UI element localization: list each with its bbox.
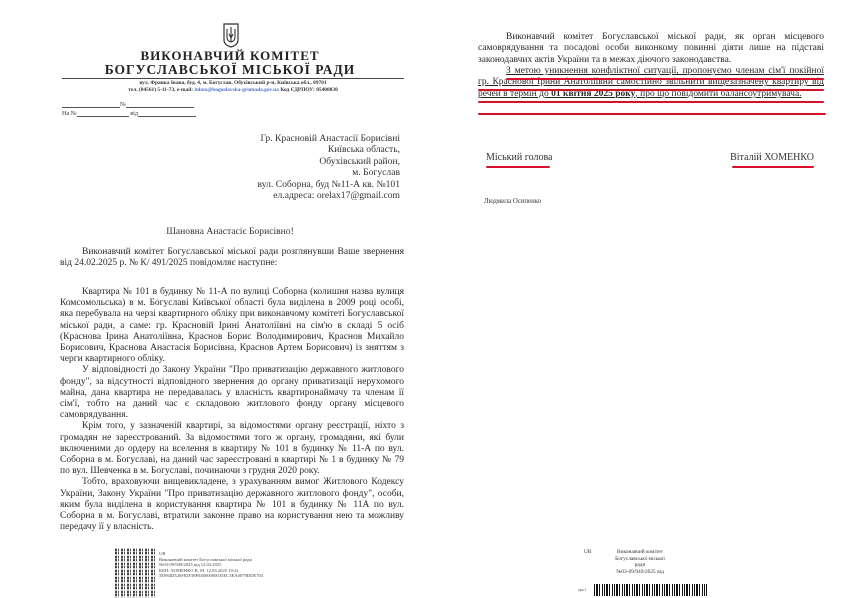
letterhead-title-line2: БОГУСЛАВСЬКОЇ МІСЬКОЇ РАДИ xyxy=(40,62,420,78)
reg-stamp-org: Виконавчий комітет Богуславської міської… xyxy=(600,549,680,575)
letterhead-divider xyxy=(62,78,404,79)
reg-org-line: ради xyxy=(600,562,680,569)
body-main: Квартира № 101 в будинку № 11-А по вулиц… xyxy=(60,287,404,533)
letterhead-address: вул. Франка Івана, буд. 4, м. Богуслав, … xyxy=(62,80,404,87)
contacts-phone: тел. (04561) 5-11-73, e-mail: xyxy=(128,87,194,93)
stamp-cert-id: 5E984D526F82F38F04000000035EC3EA0079DDE7… xyxy=(159,573,263,579)
reply-reg-line: На № від xyxy=(62,109,196,117)
signer-name: Віталій ХОМЕНКО xyxy=(730,152,814,163)
highlight-underline xyxy=(506,78,824,80)
contacts-edrpou: Код ЄДРПОУ: 05408830 xyxy=(279,87,338,93)
recipient-street: вул. Соборна, буд №11-А кв. №101 xyxy=(258,179,400,190)
recipient-district: Обухівський район, xyxy=(258,156,400,167)
page2-paragraph-request: З метою уникнення конфліктної ситуації, … xyxy=(478,66,824,100)
letterhead-email-link[interactable]: inbox@boguslavska-gromada.gov.ua xyxy=(194,87,279,93)
barcode-icon xyxy=(594,584,707,596)
paragraph-registration: Крім того, у зазначеній квартирі, за від… xyxy=(60,421,404,477)
recipient-region: Київська область, xyxy=(258,144,400,155)
recipient-email: ел.адреса: orelax17@gmail.com xyxy=(258,190,400,201)
paragraph-conclusion: Тобто, враховуючи вищевикладене, з ураху… xyxy=(60,477,404,533)
recipient-block: Гр. Красновій Анастасії Борисівні Київсь… xyxy=(258,133,400,201)
highlight-underline xyxy=(478,113,826,115)
paragraph-apartment-allocation: Квартира № 101 в будинку № 11-А по вулиц… xyxy=(60,287,404,365)
date-label: від xyxy=(130,110,138,117)
qr-code-icon xyxy=(115,548,155,598)
trident-icon xyxy=(222,22,240,48)
recipient-city: м. Богуслав xyxy=(258,167,400,178)
executor-name: Людмила Осипенко xyxy=(484,198,541,205)
paragraph-vacate-request: З метою уникнення конфліктної ситуації, … xyxy=(478,66,824,100)
reg-doc-number: №03-09/949/2025 від xyxy=(600,569,680,576)
outgoing-reg-line: № xyxy=(62,100,194,108)
page2-paragraph-law: Виконавчий комітет Богуславської міської… xyxy=(478,32,824,66)
reg-org-line: Виконавчий комітет xyxy=(600,549,680,556)
body-intro: Виконавчий комітет Богуславської міської… xyxy=(60,247,404,269)
paragraph-privatization-law: У відповідності до Закону України "Про п… xyxy=(60,365,404,421)
letter-page-2: Виконавчий комітет Богуславської міської… xyxy=(478,0,828,598)
reg-org-line: Богуславської міської xyxy=(600,556,680,563)
letterhead-contacts: тел. (04561) 5-11-73, e-mail: inbox@bogu… xyxy=(62,87,404,94)
digital-signature-stamp: UB Виконавчий комітет Богуславської місь… xyxy=(115,548,295,598)
intro-paragraph: Виконавчий комітет Богуславської міської… xyxy=(60,247,404,269)
salutation: Шановна Анастасіє Борисівно! xyxy=(40,226,420,237)
reg-stamp-code: UB xyxy=(584,549,592,555)
highlight-underline xyxy=(478,101,824,103)
letter-page-1: ВИКОНАВЧИЙ КОМІТЕТ БОГУСЛАВСЬКОЇ МІСЬКОЇ… xyxy=(40,0,420,598)
reg-sheet-label: арк.1 xyxy=(578,587,587,592)
signer-position: Міський голова xyxy=(486,152,552,163)
paragraph-legal-basis: Виконавчий комітет Богуславської міської… xyxy=(478,32,824,66)
highlight-underline xyxy=(732,166,814,168)
registration-stamp: UB Виконавчий комітет Богуславської місь… xyxy=(570,549,730,598)
recipient-name: Гр. Красновій Анастасії Борисівні xyxy=(258,133,400,144)
highlight-underline xyxy=(478,89,824,91)
highlight-underline xyxy=(486,166,550,168)
signature-stamp-text: UB Виконавчий комітет Богуславської місь… xyxy=(159,551,263,579)
reply-to-label: На № xyxy=(62,110,77,117)
